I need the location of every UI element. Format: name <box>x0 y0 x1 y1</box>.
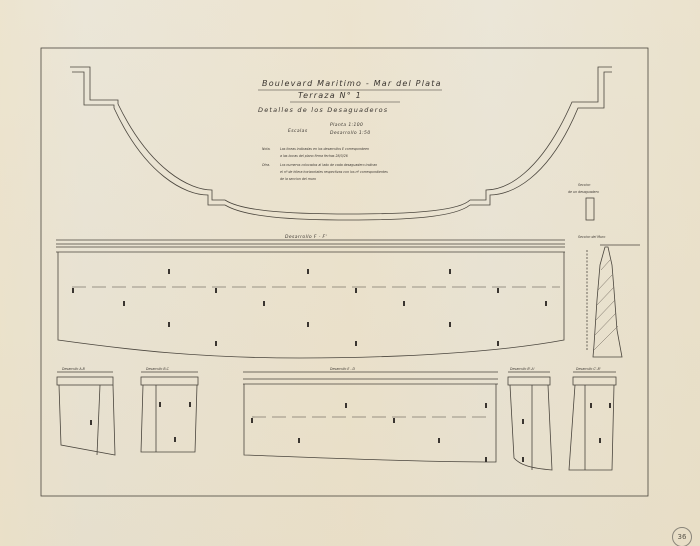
nota-label: Nota. <box>262 147 271 151</box>
drain-markers <box>72 269 611 462</box>
sheet-number-stamp: 36 <box>672 527 692 546</box>
muro-section <box>587 245 640 357</box>
elevation-ab <box>57 372 115 455</box>
desaguadero-title-2: de un desaguadero <box>568 190 599 194</box>
nota-text-2: a las bocas del plano firma fechas 28/3/… <box>280 154 348 158</box>
desaguadero-section <box>586 198 594 220</box>
otra-text-2: el nº de hilera horizontales respectivas… <box>280 170 388 174</box>
elevation-bc <box>141 372 198 452</box>
main-elevation-title: Desarrollo F - F' <box>285 234 327 240</box>
drawing-canvas: Boulevard Maritimo - Mar del Plata Terra… <box>0 0 700 546</box>
title-line2: Terraza N° 1 <box>298 91 362 100</box>
desaguadero-title-1: Seccion <box>578 183 590 187</box>
scale-label: Escalas <box>288 128 308 134</box>
ba-title: Desarrollo B'-A' <box>510 367 535 371</box>
ab-title: Desarrollo A-B <box>62 367 85 371</box>
cb-title: Desarrollo C'-B' <box>576 367 601 371</box>
elevation-ba <box>508 372 552 470</box>
title-line3: Detalles de los Desaguaderos <box>258 106 388 114</box>
muro-hatch <box>594 260 618 350</box>
elevation-ed <box>243 372 498 462</box>
title-line1: Boulevard Maritimo - Mar del Plata <box>262 79 442 88</box>
bc-title: Desarrollo B-C <box>146 367 170 371</box>
elevation-main <box>56 240 565 358</box>
scale-dev: Desarrollo 1:50 <box>330 130 371 136</box>
border-frame <box>41 48 648 496</box>
otra-text-1: Los numeros colocados al lado de cada de… <box>280 163 377 167</box>
scale-plan: Planta 1:100 <box>330 122 363 128</box>
otra-label: Otra. <box>262 163 270 167</box>
drawing-sheet: Boulevard Maritimo - Mar del Plata Terra… <box>0 0 700 546</box>
otra-text-3: de la seccion del muro <box>280 177 316 181</box>
ed-title: Desarrollo E - D <box>330 367 356 371</box>
nota-text-1: Las lineas indicadas en los desarrollos … <box>280 147 369 151</box>
elevation-cb <box>569 372 616 470</box>
muro-title: Seccion del Muro <box>578 235 605 239</box>
